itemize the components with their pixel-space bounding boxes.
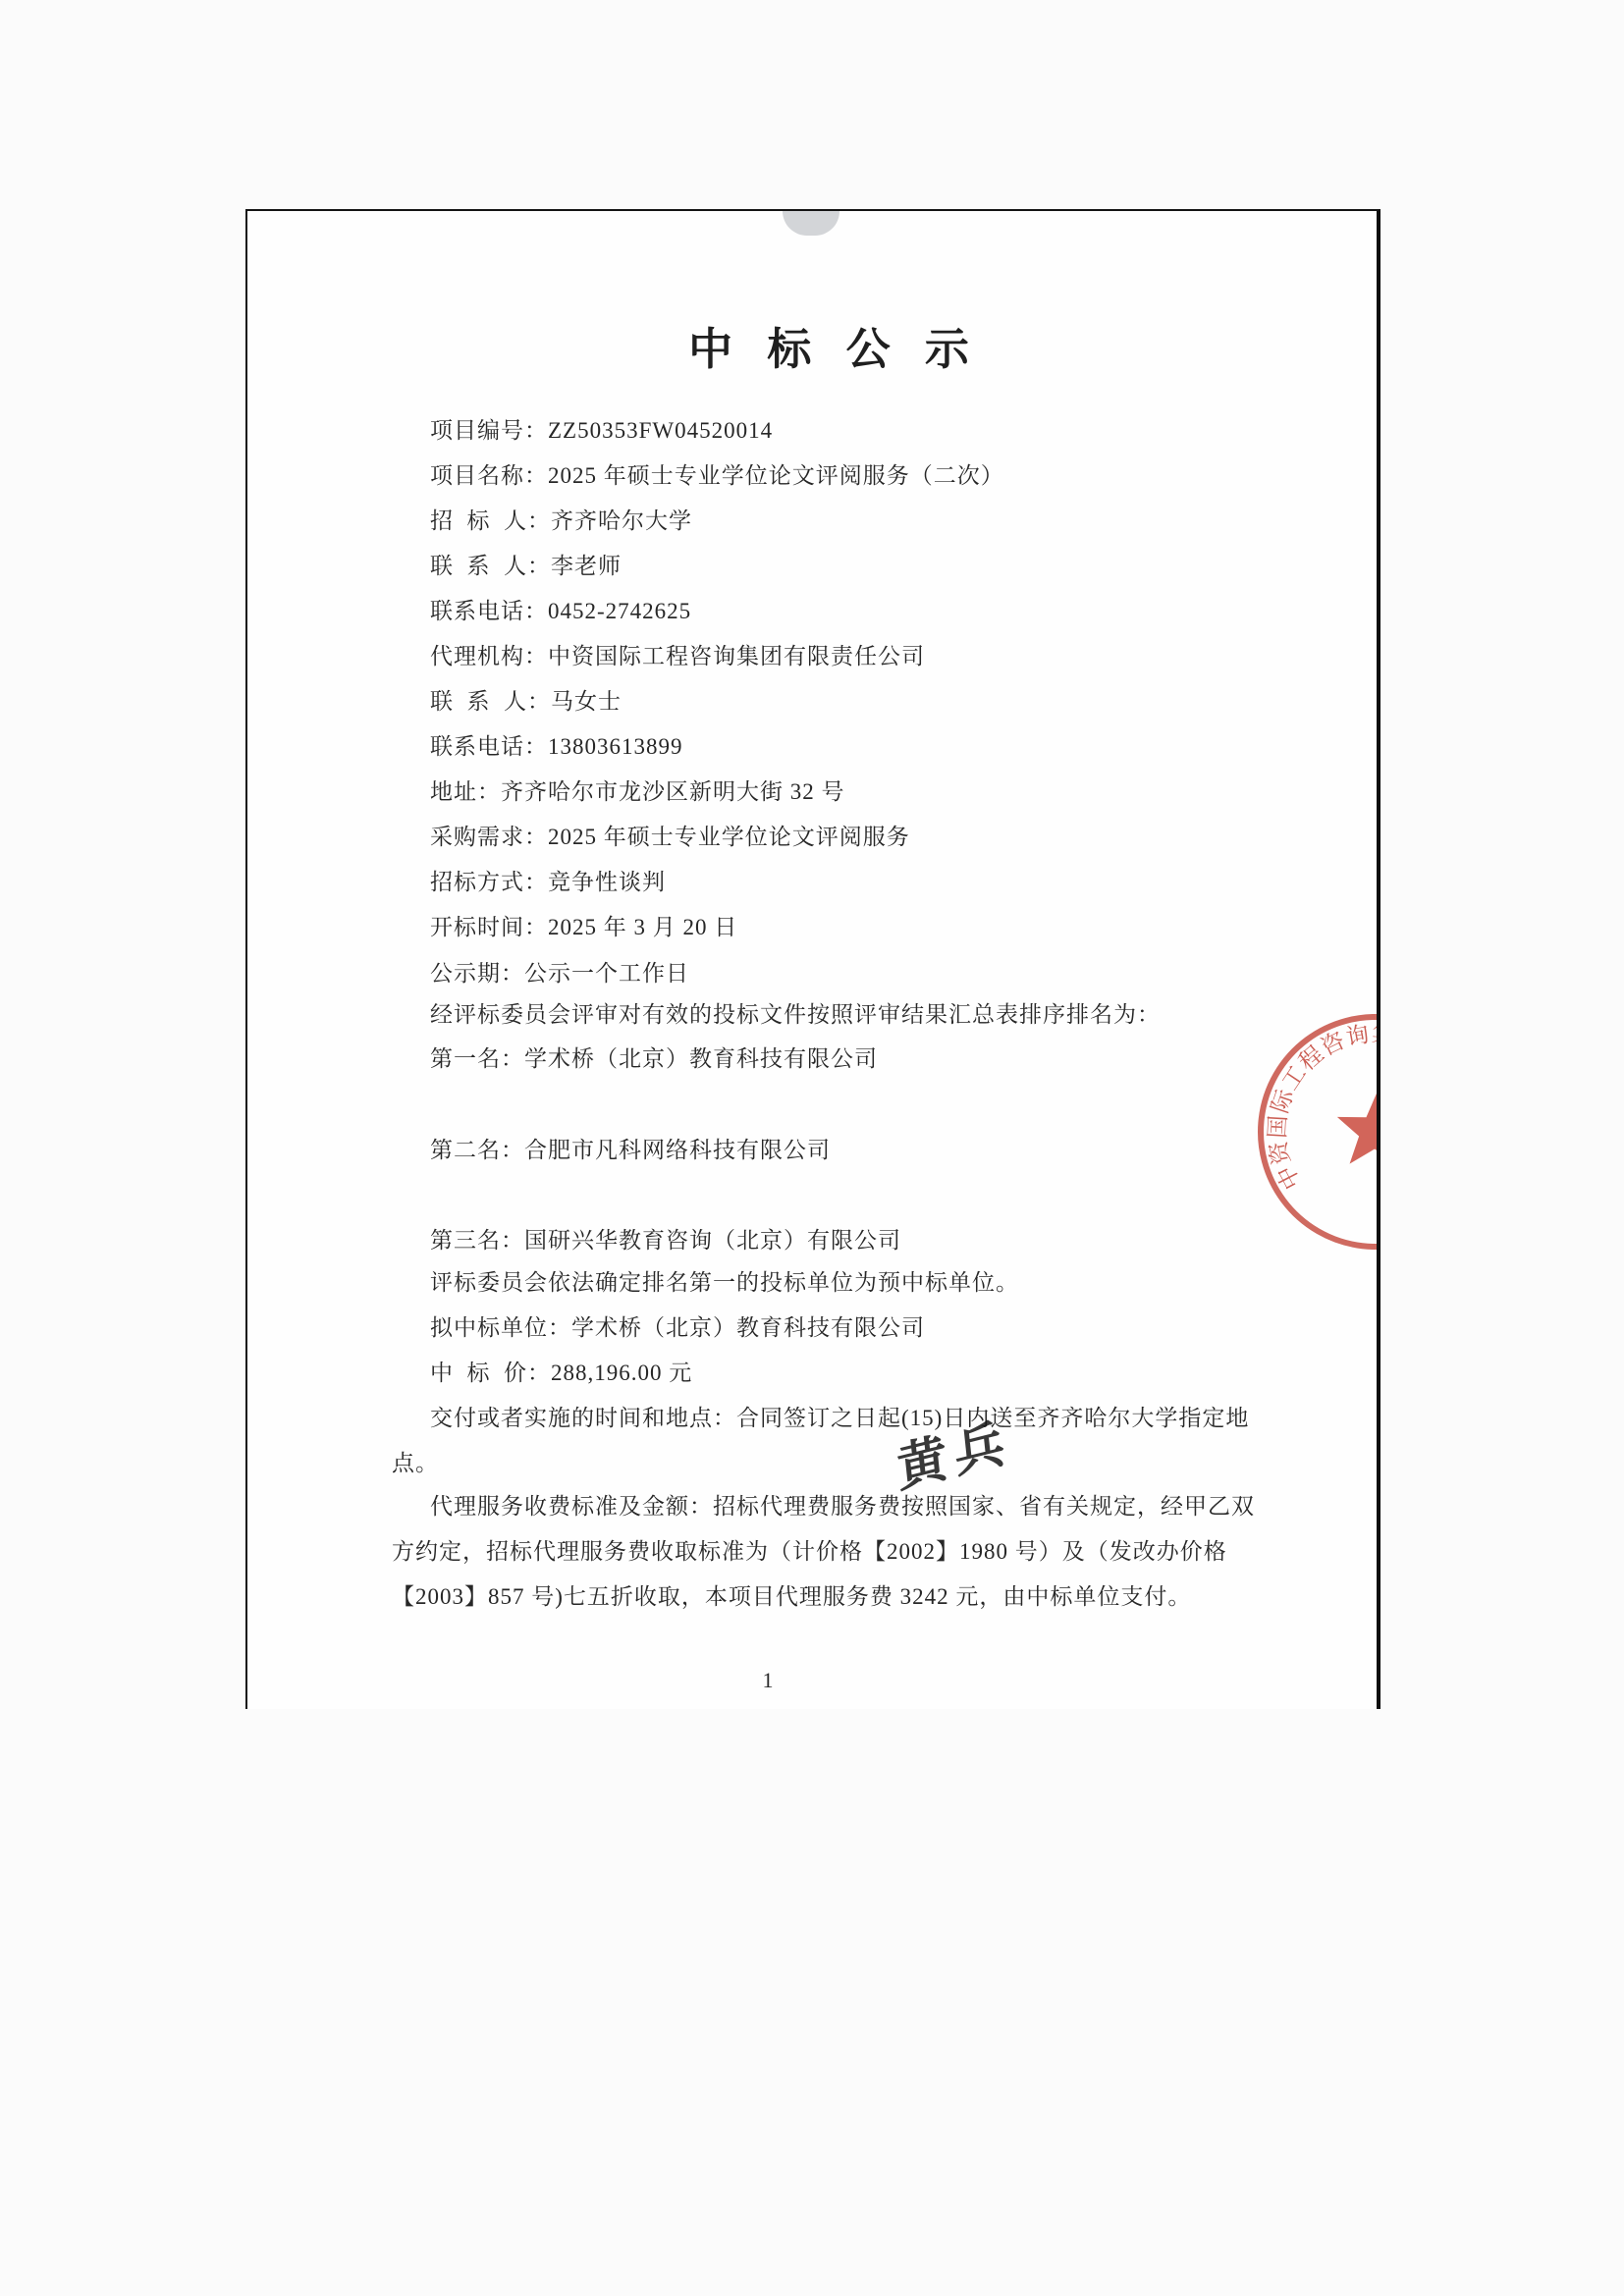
doc-line-phone-2: 联系电话：13803613899: [430, 724, 683, 770]
seal-company-textpath: 中资国际工程咨询集团有限责任公司: [1253, 1009, 1380, 1201]
doc-line-tenderer: 招 标 人：齐齐哈尔大学: [430, 499, 692, 544]
doc-line-phone-1: 联系电话：0452-2742625: [430, 589, 691, 634]
seal-company-text: 中资国际工程咨询集团有限责任公司: [1253, 1009, 1380, 1201]
scan-background: 中 标 公 示 项目编号：ZZ50353FW04520014 项目名称：2025…: [0, 0, 1624, 2296]
doc-line-rank-1: 第一名：学术桥（北京）教育科技有限公司: [430, 1037, 878, 1082]
page-curl-notch: [783, 211, 839, 236]
doc-line-agency-fee: 代理服务收费标准及金额：招标代理费服务费按照国家、省有关规定，经甲乙双: [430, 1484, 1255, 1529]
seal-star-icon: [1334, 1089, 1380, 1167]
doc-line-fee-cont-1: 方约定，招标代理服务费收取标准为（计价格【2002】1980 号）及（发改办价格: [392, 1529, 1227, 1575]
doc-line-rank-2: 第二名：合肥市凡科网络科技有限公司: [430, 1128, 831, 1173]
doc-line-fee-cont-2: 【2003】857 号)七五折收取，本项目代理服务费 3242 元，由中标单位支…: [392, 1575, 1191, 1620]
doc-line-open-date: 开标时间：2025 年 3 月 20 日: [430, 905, 737, 950]
screenshot-root: { "doc": { "title": "中 标 公 示", "lines": …: [0, 0, 1624, 2296]
doc-line-contact-1: 联 系 人：李老师: [430, 544, 622, 589]
doc-line-delivery-cont: 点。: [392, 1441, 439, 1486]
doc-line-project-name: 项目名称：2025 年硕士专业学位论文评阅服务（二次）: [430, 454, 1004, 499]
doc-line-bid-price: 中 标 价：288,196.00 元: [430, 1351, 692, 1396]
document-title: 中 标 公 示: [247, 321, 1377, 378]
doc-line-publicity-period: 公示期：公示一个工作日: [430, 951, 689, 996]
page-number: 1: [738, 1661, 797, 1700]
doc-line-project-number: 项目编号：ZZ50353FW04520014: [430, 408, 773, 454]
doc-line-contact-2: 联 系 人：马女士: [430, 679, 622, 724]
doc-line-review-intro: 经评标委员会评审对有效的投标文件按照评审结果汇总表排序排名为：: [430, 992, 1161, 1038]
doc-line-committee: 评标委员会依法确定排名第一的投标单位为预中标单位。: [430, 1260, 1019, 1306]
doc-line-delivery: 交付或者实施的时间和地点：合同签订之日起(15)日内送至齐齐哈尔大学指定地: [430, 1396, 1249, 1441]
doc-line-rank-3: 第三名：国研兴华教育咨询（北京）有限公司: [430, 1218, 901, 1263]
doc-line-address: 地址：齐齐哈尔市龙沙区新明大街 32 号: [430, 770, 845, 815]
document-page: 中 标 公 示 项目编号：ZZ50353FW04520014 项目名称：2025…: [245, 209, 1380, 1709]
doc-line-method: 招标方式：竞争性谈判: [430, 860, 666, 905]
doc-line-procurement: 采购需求：2025 年硕士专业学位论文评阅服务: [430, 815, 910, 860]
doc-line-agency: 代理机构：中资国际工程咨询集团有限责任公司: [430, 634, 925, 679]
doc-line-winner: 拟中标单位：学术桥（北京）教育科技有限公司: [430, 1306, 925, 1351]
company-seal-stamp: 中资国际工程咨询集团有限责任公司: [1253, 1009, 1380, 1255]
